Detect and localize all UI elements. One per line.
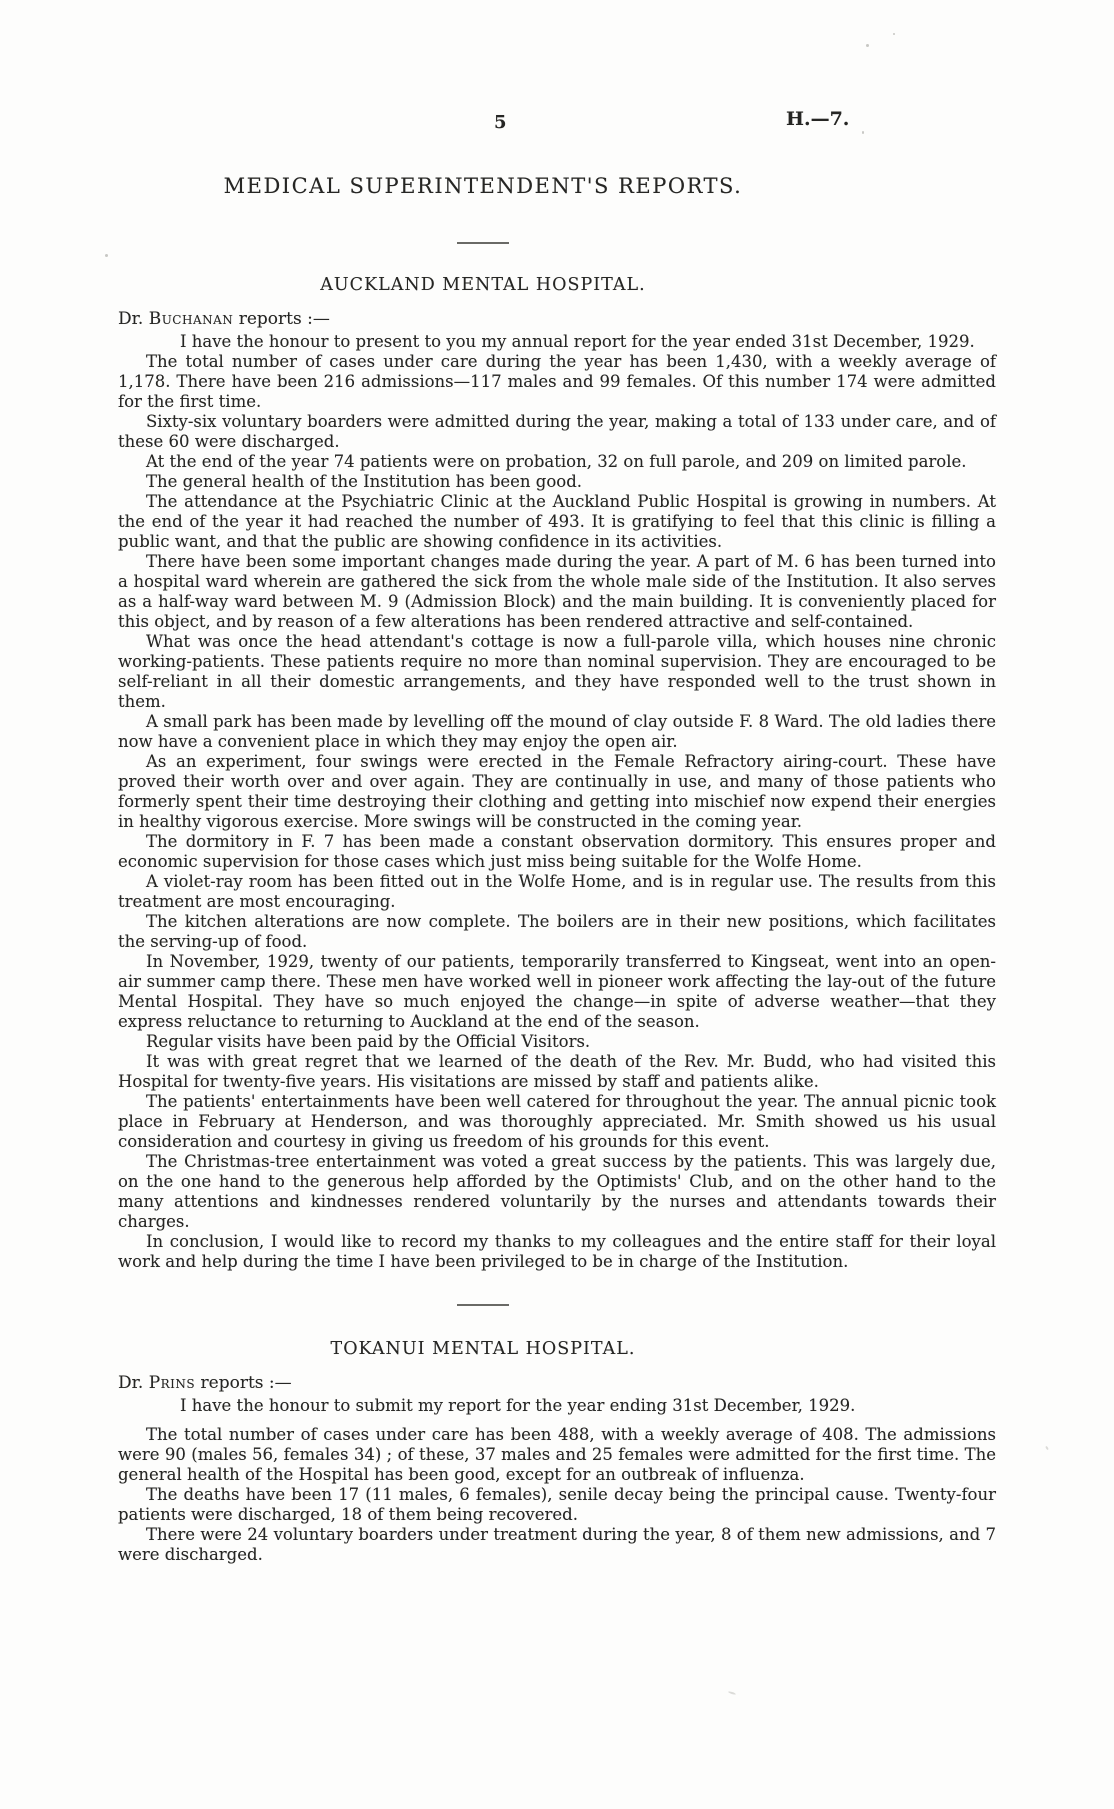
paragraph: Regular visits have been paid by the Off… bbox=[118, 1032, 996, 1052]
section-divider-top bbox=[457, 242, 509, 244]
paragraph: The Christmas-tree entertainment was vot… bbox=[118, 1152, 996, 1232]
document-title: MEDICAL SUPERINTENDENT'S REPORTS. bbox=[44, 174, 922, 198]
auckland-section: AUCKLAND MENTAL HOSPITAL. Dr. Buchanan r… bbox=[118, 275, 996, 1272]
paragraph: The total number of cases under care has… bbox=[118, 1425, 996, 1485]
paragraph: A small park has been made by levelling … bbox=[118, 712, 996, 752]
paragraph: What was once the head attendant's cotta… bbox=[118, 632, 996, 712]
scan-speck bbox=[728, 1691, 736, 1695]
paragraph: In conclusion, I would like to record my… bbox=[118, 1232, 996, 1272]
paragraph: The patients' entertainments have been w… bbox=[118, 1092, 996, 1152]
page-header: 5 H.—7. bbox=[118, 112, 996, 138]
tokanui-section: TOKANUI MENTAL HOSPITAL. Dr. Prins repor… bbox=[118, 1339, 996, 1565]
paragraph: The dormitory in F. 7 has been made a co… bbox=[118, 832, 996, 872]
reporter-prefix: Dr. bbox=[118, 309, 149, 329]
paragraph: It was with great regret that we learned… bbox=[118, 1052, 996, 1092]
paragraph: The kitchen alterations are now complete… bbox=[118, 912, 996, 952]
reporter-name: Buchanan bbox=[149, 309, 234, 329]
scan-speck bbox=[105, 254, 108, 257]
paragraph: There have been some important changes m… bbox=[118, 552, 996, 632]
paragraph: I have the honour to submit my report fo… bbox=[118, 1396, 996, 1416]
paragraph: As an experiment, four swings were erect… bbox=[118, 752, 996, 832]
paragraph: The total number of cases under care dur… bbox=[118, 352, 996, 412]
reporter-suffix: reports :— bbox=[195, 1373, 292, 1393]
paragraph: A violet-ray room has been fitted out in… bbox=[118, 872, 996, 912]
paragraph: In November, 1929, twenty of our patient… bbox=[118, 952, 996, 1032]
paragraph: At the end of the year 74 patients were … bbox=[118, 452, 996, 472]
scan-speck bbox=[866, 44, 869, 47]
paragraph: Sixty-six voluntary boarders were admitt… bbox=[118, 412, 996, 452]
reporter-name: Prins bbox=[149, 1373, 195, 1393]
scan-speck bbox=[1045, 1446, 1049, 1450]
document-page: 5 H.—7. MEDICAL SUPERINTENDENT'S REPORTS… bbox=[0, 0, 1114, 1809]
reporter-suffix: reports :— bbox=[233, 309, 330, 329]
auckland-reporter-line: Dr. Buchanan reports :— bbox=[118, 308, 996, 330]
section-divider-middle bbox=[457, 1304, 509, 1306]
paragraph: There were 24 voluntary boarders under t… bbox=[118, 1525, 996, 1565]
tokanui-body: I have the honour to submit my report fo… bbox=[118, 1396, 996, 1565]
paragraph: The deaths have been 17 (11 males, 6 fem… bbox=[118, 1485, 996, 1525]
paragraph: I have the honour to present to you my a… bbox=[118, 332, 996, 352]
scan-speck bbox=[893, 33, 895, 35]
paragraph: The attendance at the Psychiatric Clinic… bbox=[118, 492, 996, 552]
page-number: 5 bbox=[494, 112, 507, 133]
document-reference: H.—7. bbox=[786, 108, 849, 130]
paragraph: The general health of the Institution ha… bbox=[118, 472, 996, 492]
auckland-heading: AUCKLAND MENTAL HOSPITAL. bbox=[44, 275, 922, 295]
auckland-body: I have the honour to present to you my a… bbox=[118, 332, 996, 1272]
page-content: 5 H.—7. MEDICAL SUPERINTENDENT'S REPORTS… bbox=[118, 112, 996, 1565]
tokanui-reporter-line: Dr. Prins reports :— bbox=[118, 1372, 996, 1394]
scan-speck bbox=[862, 131, 864, 134]
reporter-prefix: Dr. bbox=[118, 1373, 149, 1393]
tokanui-heading: TOKANUI MENTAL HOSPITAL. bbox=[44, 1339, 922, 1359]
